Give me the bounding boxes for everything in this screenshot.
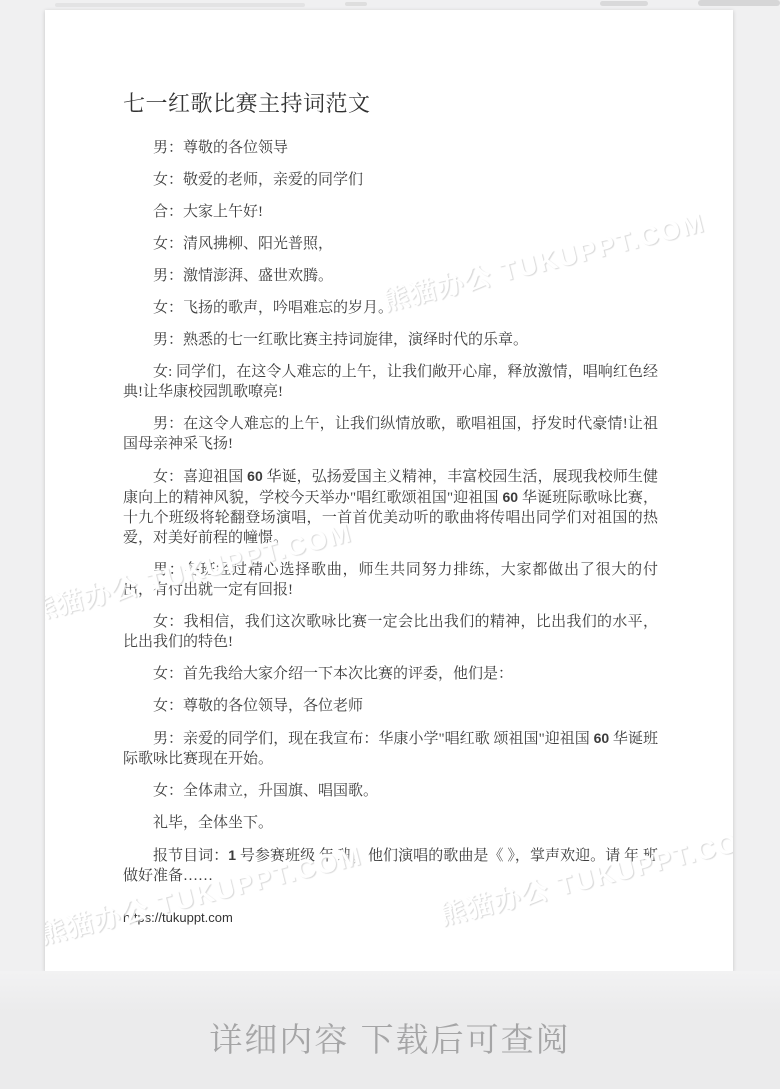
- paragraph-text: 男：在这令人难忘的上午，让我们纵情放歌，歌唱祖国，抒发时代豪情!让祖国母亲神采飞…: [123, 416, 658, 452]
- paragraph-text: 男：熟悉的七一红歌比赛主持词旋律，演绎时代的乐章。: [153, 332, 528, 348]
- page-edge-artifact: [698, 0, 780, 6]
- document-paragraph: 女：全体肃立，升国旗、唱国歌。: [123, 781, 658, 801]
- paragraph-number: 60: [247, 468, 263, 484]
- paragraph-text: 男：亲爱的同学们，现在我宣布：华康小学"唱红歌 颂祖国"迎祖国: [153, 731, 594, 747]
- page-edge-artifact: [600, 1, 648, 6]
- document-paragraph: 报节目词：1 号参赛班级 年 班，他们演唱的歌曲是《 》，掌声欢迎。请 年 班做…: [123, 845, 658, 886]
- paragraph-number: 60: [503, 489, 519, 505]
- document-paragraph: 女：我相信，我们这次歌咏比赛一定会比出我们的精神，比出我们的水平，比出我们的特色…: [123, 612, 658, 652]
- paragraph-text: 女：尊敬的各位领导，各位老师: [153, 698, 363, 714]
- paragraph-text: 合：大家上午好!: [153, 204, 263, 220]
- document-footer-url: https://tukuppt.com: [123, 910, 658, 925]
- document-paragraph: 男：激情澎湃、盛世欢腾。: [123, 266, 658, 286]
- paragraph-text: 女：敬爱的老师，亲爱的同学们: [153, 172, 363, 188]
- paragraph-text: 女: 同学们，在这令人难忘的上午，让我们敞开心扉，释放激情，唱响红色经典!让华康…: [123, 364, 658, 400]
- paragraph-text: 男：各班经过精心选择歌曲，师生共同努力排练，大家都做出了很大的付出，有付出就一定…: [123, 562, 658, 598]
- paragraph-text: 报节目词：: [153, 848, 228, 864]
- paragraph-text: 女：飞扬的歌声，吟唱难忘的岁月。: [153, 300, 393, 316]
- document-sheet: 七一红歌比赛主持词范文 男：尊敬的各位领导女：敬爱的老师，亲爱的同学们合：大家上…: [45, 10, 733, 971]
- page-edge-artifact: [345, 2, 367, 6]
- document-paragraph: 礼毕，全体坐下。: [123, 813, 658, 833]
- paragraph-number: 1: [228, 847, 236, 863]
- download-hint-bar: 详细内容 下载后可查阅: [0, 971, 780, 1089]
- document-paragraph: 女：尊敬的各位领导，各位老师: [123, 696, 658, 716]
- paragraph-text: 女：首先我给大家介绍一下本次比赛的评委，他们是：: [153, 666, 513, 682]
- document-paragraph: 女: 同学们，在这令人难忘的上午，让我们敞开心扉，释放激情，唱响红色经典!让华康…: [123, 362, 658, 402]
- paragraph-text: 男：尊敬的各位领导: [153, 140, 288, 156]
- document-paragraph: 男：在这令人难忘的上午，让我们纵情放歌，歌唱祖国，抒发时代豪情!让祖国母亲神采飞…: [123, 414, 658, 454]
- paragraph-number: 60: [594, 730, 610, 746]
- paragraph-text: 女：喜迎祖国: [153, 469, 247, 485]
- document-paragraph: 男：尊敬的各位领导: [123, 138, 658, 158]
- document-title: 七一红歌比赛主持词范文: [123, 88, 658, 119]
- paragraph-text: 女：清风拂柳、阳光普照，: [153, 236, 333, 252]
- page-edge-artifact: [55, 3, 305, 7]
- document-paragraph: 女：清风拂柳、阳光普照，: [123, 234, 658, 254]
- document-paragraph: 女：首先我给大家介绍一下本次比赛的评委，他们是：: [123, 664, 658, 684]
- document-paragraph: 女：喜迎祖国 60 华诞，弘扬爱国主义精神，丰富校园生活，展现我校师生健康向上的…: [123, 466, 658, 548]
- document-paragraph: 女：敬爱的老师，亲爱的同学们: [123, 170, 658, 190]
- download-hint-label: 详细内容 下载后可查阅: [209, 1014, 570, 1061]
- document-paragraph: 男：亲爱的同学们，现在我宣布：华康小学"唱红歌 颂祖国"迎祖国 60 华诞班际歌…: [123, 728, 658, 769]
- previous-page-edge: [0, 0, 780, 10]
- paragraph-text: 男：激情澎湃、盛世欢腾。: [153, 268, 333, 284]
- document-paragraph: 合：大家上午好!: [123, 202, 658, 222]
- document-paragraph: 女：飞扬的歌声，吟唱难忘的岁月。: [123, 298, 658, 318]
- paragraph-text: 礼毕，全体坐下。: [153, 815, 273, 831]
- document-paragraph: 男：各班经过精心选择歌曲，师生共同努力排练，大家都做出了很大的付出，有付出就一定…: [123, 560, 658, 600]
- paragraph-text: 女：全体肃立，升国旗、唱国歌。: [153, 783, 378, 799]
- document-paragraph: 男：熟悉的七一红歌比赛主持词旋律，演绎时代的乐章。: [123, 330, 658, 350]
- document-paragraphs: 男：尊敬的各位领导女：敬爱的老师，亲爱的同学们合：大家上午好!女：清风拂柳、阳光…: [123, 138, 658, 886]
- paragraph-text: 女：我相信，我们这次歌咏比赛一定会比出我们的精神，比出我们的水平，比出我们的特色…: [123, 614, 658, 650]
